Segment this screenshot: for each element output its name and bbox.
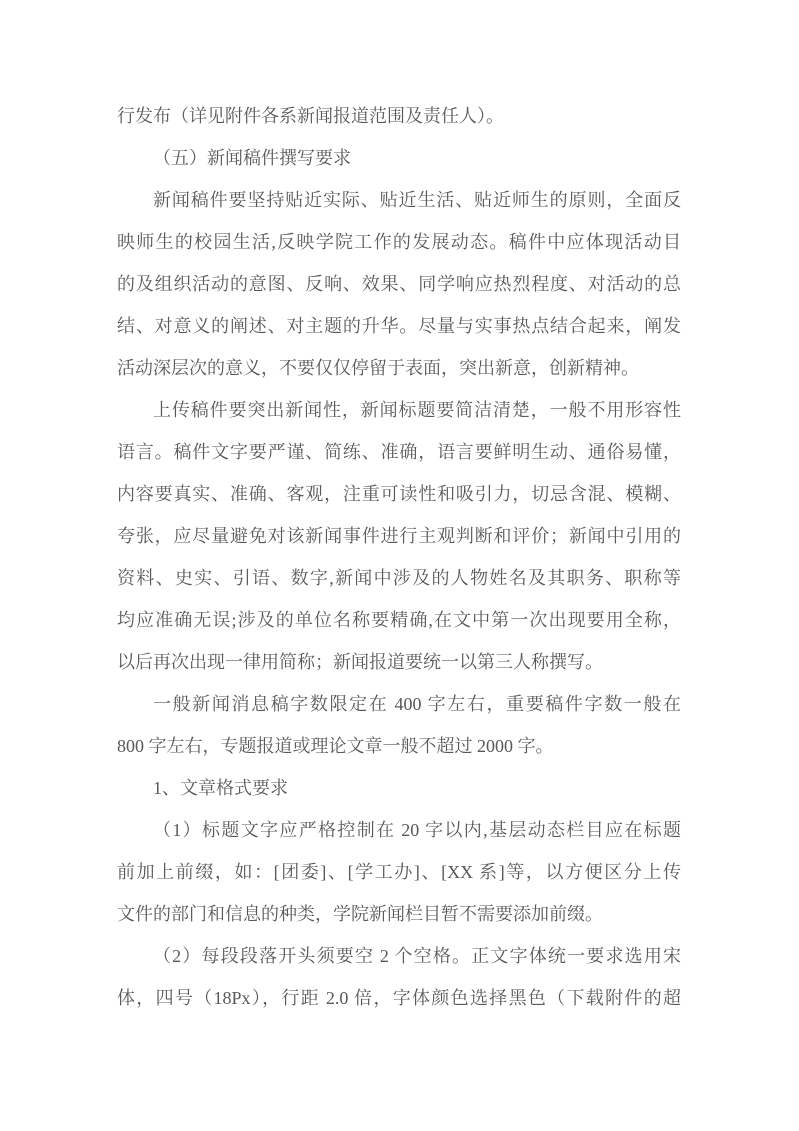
text-line: 文件的部门和信息的种类，学院新闻栏目暂不需要添加前缀。 (117, 893, 681, 935)
text-line: 语言。稿件文字要严谨、简练、准确，语言要鲜明生动、通俗易懂， (117, 431, 681, 473)
text-line: 新闻稿件要坚持贴近实际、贴近生活、贴近师生的原则，全面反 (117, 179, 681, 221)
text-line: 的及组织活动的意图、反响、效果、同学响应热烈程度、对活动的总 (117, 263, 681, 305)
text-line: 以后再次出现一律用简称；新闻报道要统一以第三人称撰写。 (117, 641, 681, 683)
text-line: 均应准确无误;涉及的单位名称要精确,在文中第一次出现要用全称， (117, 599, 681, 641)
text-line: （五）新闻稿件撰写要求 (117, 137, 681, 179)
text-line: 结、对意义的阐述、对主题的升华。尽量与实事热点结合起来，阐发 (117, 305, 681, 347)
text-line: 体，四号（18Px），行距 2.0 倍，字体颜色选择黑色（下载附件的超 (117, 977, 681, 1019)
text-line: 内容要真实、准确、客观，注重可读性和吸引力，切忌含混、模糊、 (117, 473, 681, 515)
text-line: 行发布（详见附件各系新闻报道范围及责任人）。 (117, 95, 681, 137)
text-line: 夸张，应尽量避免对该新闻事件进行主观判断和评价；新闻中引用的 (117, 515, 681, 557)
text-line: 800 字左右，专题报道或理论文章一般不超过 2000 字。 (117, 725, 681, 767)
text-line: （2）每段段落开头须要空 2 个空格。正文字体统一要求选用宋 (117, 935, 681, 977)
text-line: 一般新闻消息稿字数限定在 400 字左右，重要稿件字数一般在 (117, 683, 681, 725)
document-page: 行发布（详见附件各系新闻报道范围及责任人）。 （五）新闻稿件撰写要求 新闻稿件要… (117, 95, 681, 1019)
text-line: 资料、史实、引语、数字,新闻中涉及的人物姓名及其职务、职称等 (117, 557, 681, 599)
text-line: 活动深层次的意义，不要仅仅停留于表面，突出新意，创新精神。 (117, 347, 681, 389)
text-line: 映师生的校园生活,反映学院工作的发展动态。稿件中应体现活动目 (117, 221, 681, 263)
text-line: 上传稿件要突出新闻性，新闻标题要简洁清楚，一般不用形容性 (117, 389, 681, 431)
text-line: （1）标题文字应严格控制在 20 字以内,基层动态栏目应在标题 (117, 809, 681, 851)
text-line: 前加上前缀，如：[团委]、[学工办]、[XX 系]等，以方便区分上传 (117, 851, 681, 893)
text-line: 1、文章格式要求 (117, 767, 681, 809)
